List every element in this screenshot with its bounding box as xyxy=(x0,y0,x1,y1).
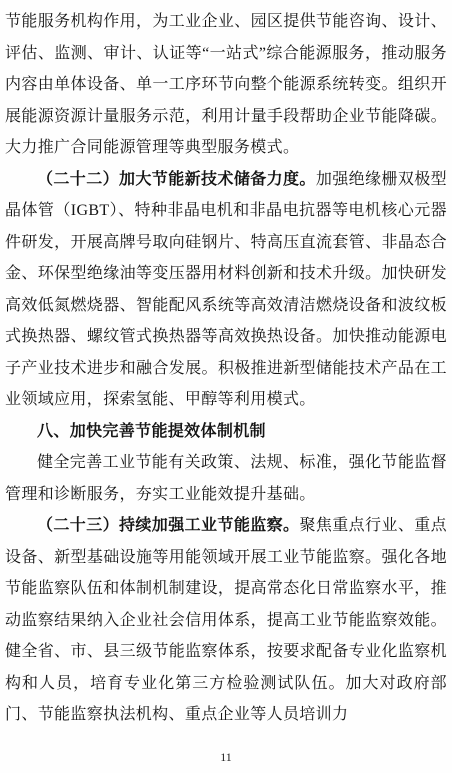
paragraph-clause-23: （二十三）持续加强工业节能监察。聚焦重点行业、重点设备、新型基础设施等用能领域开… xyxy=(5,510,447,731)
paragraph-text: 聚焦重点行业、重点设备、新型基础设施等用能领域开展工业节能监察。强化各地节能监察… xyxy=(5,517,447,723)
paragraph-text: 健全完善工业节能有关政策、法规、标准，强化节能监督管理和诊断服务，夯实工业能效提… xyxy=(5,454,447,503)
paragraph-text: 节能服务机构作用，为工业企业、园区提供节能咨询、设计、评估、监测、审计、认证等“… xyxy=(5,13,447,156)
section-heading-8: 八、加快完善节能提效体制机制 xyxy=(5,416,447,448)
paragraph-policy-foundation: 健全完善工业节能有关政策、法规、标准，强化节能监督管理和诊断服务，夯实工业能效提… xyxy=(5,447,447,510)
paragraph-clause-22: （二十二）加大节能新技术储备力度。加强绝缘栅双极型晶体管（IGBT）、特种非晶电… xyxy=(5,164,447,416)
document-page: 节能服务机构作用，为工业企业、园区提供节能咨询、设计、评估、监测、审计、认证等“… xyxy=(0,0,452,773)
clause-22-lead: （二十二）加大节能新技术储备力度。 xyxy=(37,171,316,188)
page-number: 11 xyxy=(0,751,452,764)
clause-23-lead: （二十三）持续加强工业节能监察。 xyxy=(37,517,299,534)
paragraph-service-system: 节能服务机构作用，为工业企业、园区提供节能咨询、设计、评估、监测、审计、认证等“… xyxy=(5,6,447,164)
paragraph-text: 加强绝缘栅双极型晶体管（IGBT）、特种非晶电机和非晶电抗器等电机核心元器件研发… xyxy=(5,171,447,409)
